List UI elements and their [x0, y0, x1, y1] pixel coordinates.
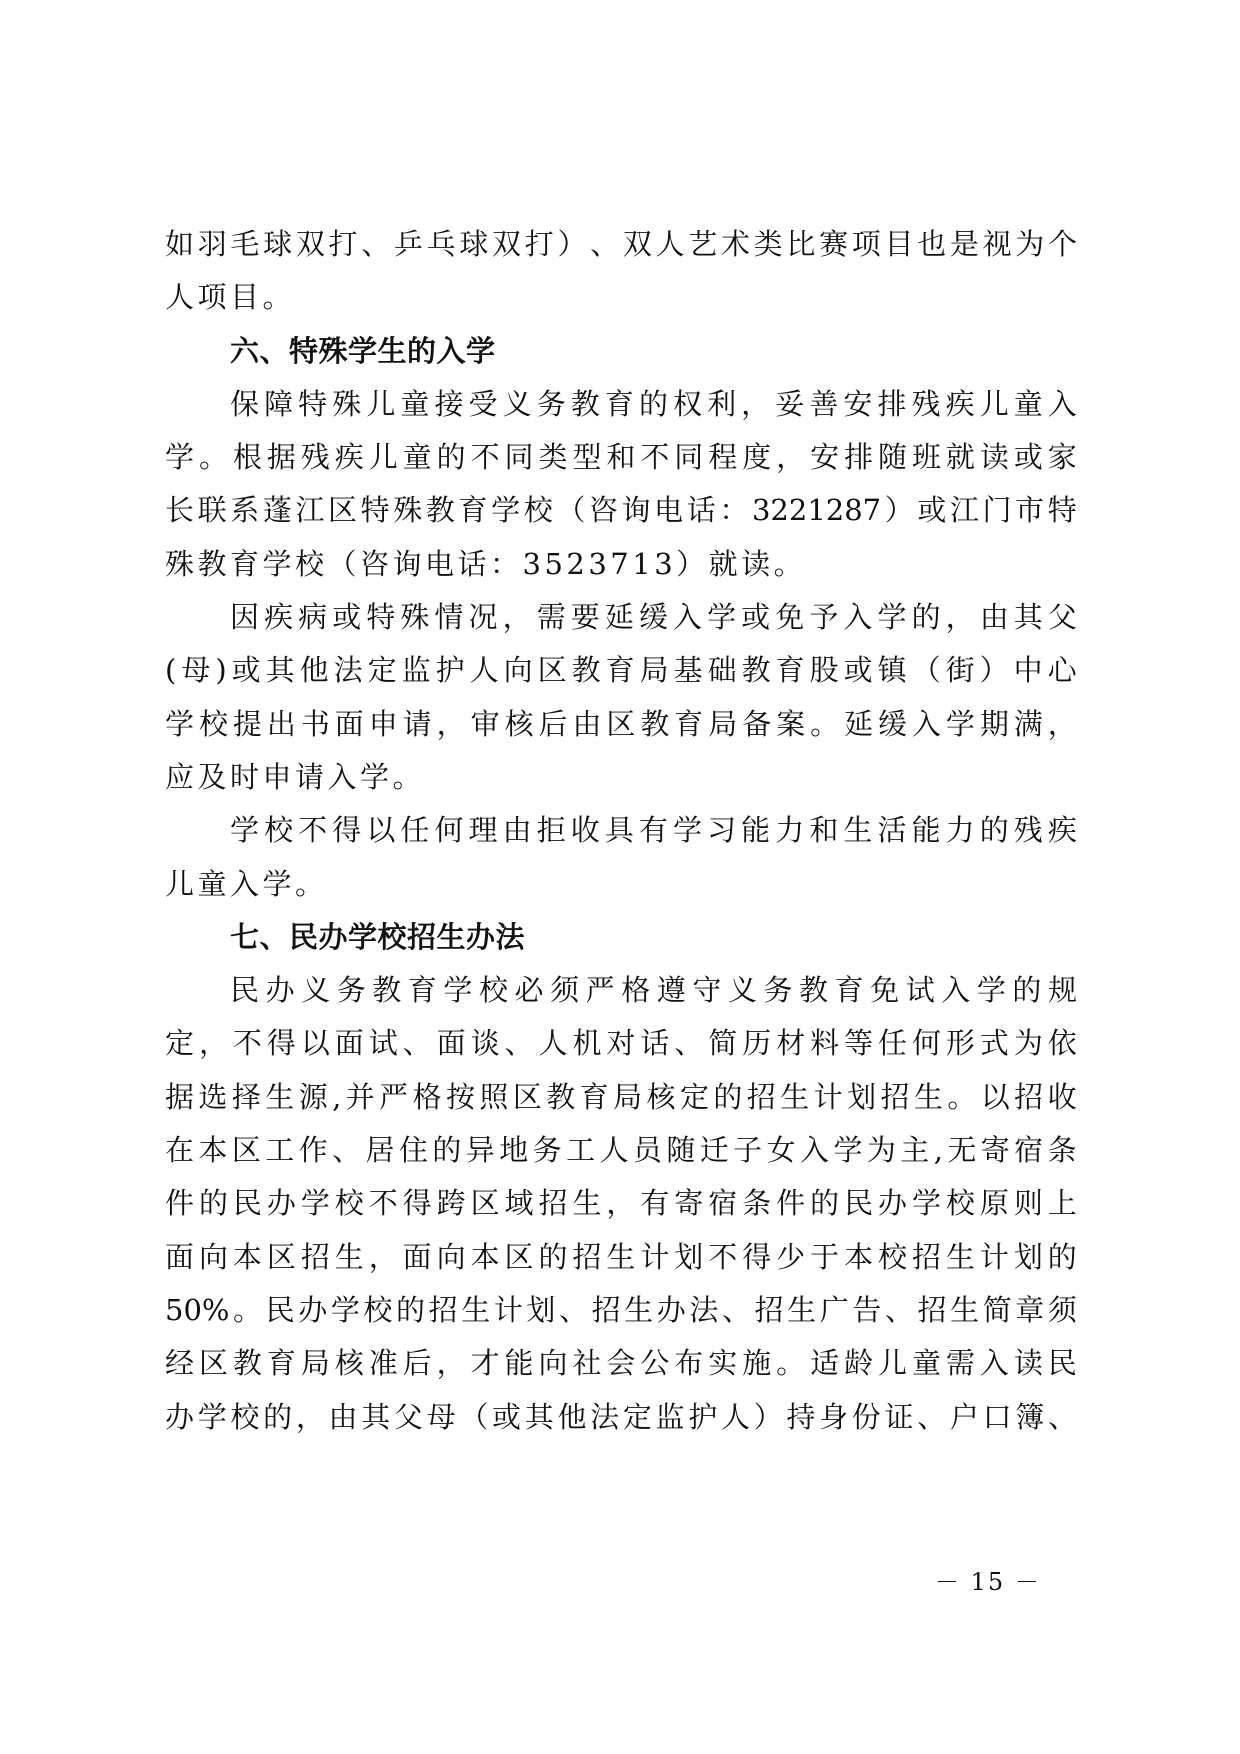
glyph: 何	[434, 804, 463, 857]
glyph: 也	[917, 218, 946, 271]
glyph: 安	[810, 431, 839, 484]
glyph: 依	[1048, 1017, 1077, 1070]
paragraph-line: 如羽毛球双打、乒乓球双打）、双人艺术类比赛项目也是视为个	[165, 218, 1077, 271]
glyph: 和	[809, 804, 838, 857]
glyph: )	[215, 644, 226, 697]
glyph: 长	[165, 484, 194, 537]
glyph: ，	[1048, 698, 1077, 751]
glyph: 区	[606, 698, 635, 751]
glyph: 、	[361, 218, 390, 271]
glyph: 得	[742, 1231, 771, 1284]
paragraph-line: 人项目。	[165, 271, 1077, 324]
glyph: 殊	[400, 591, 429, 644]
glyph: 学	[877, 591, 906, 644]
glyph: 务	[537, 378, 566, 431]
glyph: 计	[640, 1231, 669, 1284]
glyph: 招	[918, 1284, 947, 1337]
glyph: 育	[408, 964, 437, 1017]
glyph: 核	[647, 1071, 676, 1124]
glyph: 向	[199, 1231, 228, 1284]
paragraph-line: 面向本区招生，面向本区的招生计划不得少于本校招生计划的	[165, 1231, 1077, 1284]
glyph: 母	[427, 1391, 456, 1444]
glyph: 育	[835, 964, 864, 1017]
glyph: 学	[443, 964, 472, 1017]
glyph: 以	[301, 1017, 330, 1070]
glyph: 区	[538, 644, 567, 697]
glyph: 特	[366, 591, 395, 644]
glyph: 、	[332, 1124, 361, 1177]
glyph: 定	[623, 1391, 652, 1444]
glyph: 校	[479, 964, 508, 1017]
glyph: 跨	[437, 1177, 466, 1230]
glyph: 作	[299, 1124, 328, 1177]
glyph: 教	[742, 644, 771, 697]
glyph: 民	[233, 1177, 262, 1230]
glyph: 户	[950, 1391, 979, 1444]
glyph: 学	[198, 1391, 227, 1444]
glyph: 教	[640, 698, 669, 751]
glyph: 主	[900, 1124, 929, 1177]
glyph: 教	[571, 378, 600, 431]
glyph: 基	[674, 644, 703, 697]
glyph: 就	[946, 431, 975, 484]
glyph: 教	[372, 964, 401, 1017]
glyph: 并	[346, 1071, 375, 1124]
glyph: 学	[301, 1177, 330, 1230]
glyph: 簿	[1015, 1391, 1044, 1444]
glyph: 础	[708, 644, 737, 697]
glyph: 入	[941, 964, 970, 1017]
glyph: 后	[538, 698, 567, 751]
glyph: 监	[402, 644, 431, 697]
glyph: 学	[912, 1177, 941, 1230]
glyph: 双	[296, 218, 325, 271]
glyph: 面	[437, 1017, 466, 1070]
glyph: 入	[800, 1124, 829, 1177]
glyph: 读	[980, 431, 1009, 484]
glyph: 话	[640, 1017, 669, 1070]
glyph: 儿	[878, 1337, 907, 1390]
glyph: 区	[471, 1177, 500, 1230]
glyph: 能	[505, 1337, 534, 1390]
glyph: 、	[674, 1017, 703, 1070]
glyph: 工	[265, 1124, 294, 1177]
glyph: 如	[165, 218, 194, 271]
glyph: 护	[688, 1391, 717, 1444]
glyph: 法	[334, 644, 363, 697]
glyph: 童	[912, 1337, 941, 1390]
glyph: 力	[946, 804, 975, 857]
glyph: 社	[572, 1337, 601, 1390]
glyph: 招	[429, 1284, 458, 1337]
glyph: 育	[776, 644, 805, 697]
glyph: ，	[437, 698, 466, 751]
glyph: 员	[633, 1124, 662, 1177]
glyph: 简	[708, 1017, 737, 1070]
glyph: 蓬	[263, 484, 292, 537]
glyph: 不	[640, 431, 669, 484]
glyph: 条	[1048, 1124, 1077, 1177]
glyph: 具	[605, 804, 634, 857]
glyph: 为	[1015, 218, 1044, 271]
glyph: 江	[295, 484, 324, 537]
glyph: 校	[264, 804, 293, 857]
glyph: 入	[673, 591, 702, 644]
glyph: 生	[606, 1231, 635, 1284]
glyph: 其	[525, 1391, 554, 1444]
glyph: 童	[1014, 378, 1043, 431]
glyph: 儿	[980, 378, 1009, 431]
glyph: 据	[165, 1071, 194, 1124]
glyph: 生	[914, 1071, 943, 1124]
glyph: 教	[572, 644, 601, 697]
glyph: 区	[505, 1231, 534, 1284]
glyph: 施	[742, 1337, 771, 1390]
glyph: 学	[673, 804, 702, 857]
glyph: 区	[513, 1071, 542, 1124]
glyph: 目	[884, 218, 913, 271]
glyph: 殊	[332, 378, 361, 431]
glyph: 核	[335, 1337, 364, 1390]
glyph: 其	[361, 1391, 390, 1444]
glyph: 区	[199, 1337, 228, 1390]
glyph: 域	[505, 1177, 534, 1230]
glyph: 区	[232, 1124, 261, 1177]
glyph: 得	[403, 1177, 432, 1230]
glyph: 严	[586, 964, 615, 1017]
glyph: 班	[912, 431, 941, 484]
glyph: 章	[1015, 1284, 1044, 1337]
glyph: 迁	[700, 1124, 729, 1177]
glyph: 由	[980, 591, 1009, 644]
glyph: 校	[524, 484, 553, 537]
glyph: 工	[566, 1124, 595, 1177]
glyph: 或	[332, 591, 361, 644]
glyph: 人	[599, 1124, 628, 1177]
glyph: 是	[950, 218, 979, 271]
glyph: 殊	[393, 484, 422, 537]
glyph: 的	[713, 1071, 742, 1124]
glyph: 生	[265, 1071, 294, 1124]
glyph: 义	[503, 378, 532, 431]
glyph: 生	[572, 1177, 601, 1230]
glyph: 艺	[688, 218, 717, 271]
glyph: 招	[880, 1071, 909, 1124]
glyph: 照	[479, 1071, 508, 1124]
glyph: 、	[722, 1284, 751, 1337]
glyph: 育	[605, 378, 634, 431]
glyph: 50%	[165, 1284, 229, 1337]
glyph: ,	[934, 1124, 943, 1177]
glyph: 格	[413, 1071, 442, 1124]
paragraph-line: 经区教育局核准后，才能向社会公布实施。适龄儿童需入读民	[165, 1337, 1077, 1390]
glyph: 或	[232, 644, 261, 697]
glyph: 学	[331, 1284, 360, 1337]
glyph: 视	[983, 218, 1012, 271]
glyph: ，	[296, 1391, 325, 1444]
glyph: 经	[165, 1337, 194, 1390]
glyph: 或	[917, 484, 946, 537]
glyph: 中	[1014, 644, 1043, 697]
glyph: 后	[403, 1337, 432, 1390]
glyph: 须	[550, 964, 579, 1017]
paragraph-line: 儿童入学。	[165, 858, 1077, 911]
glyph: 生	[950, 1284, 979, 1337]
glyph: 条	[742, 1177, 771, 1230]
glyph: 或	[741, 591, 770, 644]
glyph: 向	[504, 644, 533, 697]
glyph: 本	[198, 1124, 227, 1177]
glyph: 权	[673, 378, 702, 431]
glyph: 或	[492, 1391, 521, 1444]
glyph: 保	[230, 378, 259, 431]
glyph: ）	[557, 218, 586, 271]
glyph: 划	[847, 1071, 876, 1124]
glyph: ，	[776, 431, 805, 484]
glyph: 面	[335, 1017, 364, 1070]
glyph: 才	[471, 1337, 500, 1390]
glyph: 育	[458, 484, 487, 537]
glyph: 局	[708, 698, 737, 751]
glyph: 人	[538, 1017, 567, 1070]
paragraph-line: 保障特殊儿童接受义务教育的权利，妥善安排残疾儿童入	[165, 378, 1077, 431]
glyph: 学	[165, 698, 194, 751]
glyph: 不	[708, 1231, 737, 1284]
glyph: 招	[1014, 1071, 1043, 1124]
paragraph-line: 学。根据残疾儿童的不同类型和不同程度，安排随班就读或家	[165, 431, 1077, 484]
glyph: 义	[728, 964, 757, 1017]
glyph: 。	[810, 698, 839, 751]
glyph: 等	[844, 1017, 873, 1070]
glyph: 任	[400, 804, 429, 857]
glyph: 延	[844, 698, 873, 751]
glyph: 儿	[369, 431, 398, 484]
glyph: 他	[557, 1391, 586, 1444]
glyph: 校	[363, 1284, 392, 1337]
glyph: 办	[165, 1391, 194, 1444]
glyph: 区	[267, 1231, 296, 1284]
glyph: 询	[622, 484, 651, 537]
glyph: 障	[264, 378, 293, 431]
glyph: 定	[368, 644, 397, 697]
glyph: 的	[199, 1177, 228, 1230]
glyph: 计	[980, 1231, 1009, 1284]
glyph: 出	[267, 698, 296, 751]
glyph: 、	[1048, 1391, 1077, 1444]
glyph: 格	[621, 964, 650, 1017]
glyph: 乓	[427, 218, 456, 271]
glyph: 理	[469, 804, 498, 857]
glyph: 必	[515, 964, 544, 1017]
glyph: 入	[1048, 378, 1077, 431]
glyph: 的	[980, 804, 1009, 857]
glyph: 入	[912, 698, 941, 751]
paragraph-line: 50%。民办学校的招生计划、招生办法、招生广告、招生简章须	[165, 1284, 1077, 1337]
paragraph-line: 殊教育学校（咨询电话：3523713）就读。	[165, 538, 1077, 591]
glyph: 。	[199, 431, 228, 484]
glyph: 以	[981, 1071, 1010, 1124]
glyph: 由	[329, 1391, 358, 1444]
glyph: 务	[533, 1124, 562, 1177]
glyph: 由	[572, 698, 601, 751]
glyph: 申	[369, 698, 398, 751]
glyph: 缓	[878, 698, 907, 751]
glyph: 划	[526, 1284, 555, 1337]
glyph: 、	[559, 1284, 588, 1337]
glyph: 历	[742, 1017, 771, 1070]
glyph: 学	[165, 431, 194, 484]
glyph: 能	[912, 804, 941, 857]
glyph: 的	[437, 431, 466, 484]
glyph: 项	[852, 218, 881, 271]
glyph: 广	[820, 1284, 849, 1337]
glyph: 型	[572, 431, 601, 484]
glyph: ）	[885, 484, 914, 537]
glyph: 个	[1048, 218, 1077, 271]
glyph: 系	[230, 484, 259, 537]
glyph: 局	[613, 1071, 642, 1124]
glyph: 羽	[198, 218, 227, 271]
glyph: 疾	[335, 431, 364, 484]
glyph: 向	[538, 1337, 567, 1390]
glyph: 善	[809, 378, 838, 431]
glyph: 街	[946, 644, 975, 697]
glyph: 持	[786, 1391, 815, 1444]
glyph: 需	[537, 591, 566, 644]
glyph: 随	[666, 1124, 695, 1177]
glyph: 况	[469, 591, 498, 644]
glyph: 利	[707, 378, 736, 431]
glyph: 生	[780, 1071, 809, 1124]
glyph: 面	[335, 698, 364, 751]
glyph: 习	[707, 804, 736, 857]
glyph: ：	[719, 484, 748, 537]
glyph: 宿	[1014, 1124, 1043, 1177]
glyph: 形	[946, 1017, 975, 1070]
glyph: 生	[946, 1231, 975, 1284]
glyph: 因	[230, 591, 259, 644]
glyph: 地	[499, 1124, 528, 1177]
glyph: 备	[742, 698, 771, 751]
glyph: (	[165, 644, 176, 697]
glyph: 打	[329, 218, 358, 271]
glyph: 义	[301, 964, 330, 1017]
glyph: 校	[199, 698, 228, 751]
glyph: 区	[328, 484, 357, 537]
glyph: 异	[466, 1124, 495, 1177]
glyph: 招	[747, 1071, 776, 1124]
glyph: 的	[263, 1391, 292, 1444]
glyph: ,	[332, 1071, 341, 1124]
glyph: 请	[403, 698, 432, 751]
glyph: 料	[810, 1017, 839, 1070]
glyph: 疾	[264, 591, 293, 644]
glyph: 根	[233, 431, 262, 484]
glyph: 核	[505, 698, 534, 751]
section-heading: 六、特殊学生的入学	[165, 325, 1077, 378]
glyph: 力	[775, 804, 804, 857]
glyph: 入	[843, 591, 872, 644]
glyph: 的	[538, 1231, 567, 1284]
glyph: 的	[912, 591, 941, 644]
glyph: 提	[233, 698, 262, 751]
glyph: 不	[471, 431, 500, 484]
glyph: 教	[546, 1071, 575, 1124]
glyph: 或	[844, 644, 873, 697]
glyph: 话	[687, 484, 716, 537]
glyph: 试	[906, 964, 935, 1017]
glyph: 则	[1014, 1177, 1043, 1230]
document-body: 如羽毛球双打、乒乓球双打）、双人艺术类比赛项目也是视为个 人项目。 六、特殊学生…	[165, 218, 1077, 1444]
glyph: 术	[721, 218, 750, 271]
glyph: 和	[606, 431, 635, 484]
glyph: 家	[1048, 431, 1077, 484]
glyph: 母	[181, 644, 210, 697]
glyph: 法	[689, 1284, 718, 1337]
glyph: 童	[403, 431, 432, 484]
section-heading: 七、民办学校招生办法	[165, 911, 1077, 964]
glyph: 不	[298, 804, 327, 857]
glyph: ，	[606, 1177, 635, 1230]
glyph: 、	[917, 1391, 946, 1444]
glyph: 特	[298, 378, 327, 431]
glyph: 毛	[230, 218, 259, 271]
glyph: 局	[301, 1337, 330, 1390]
glyph: 童	[400, 378, 429, 431]
glyph: 读	[1014, 1337, 1043, 1390]
glyph: 校	[946, 1177, 975, 1230]
glyph: 民	[1048, 1337, 1077, 1390]
glyph: 民	[230, 964, 259, 1017]
glyph: 面	[165, 1231, 194, 1284]
glyph: 谈	[471, 1017, 500, 1070]
glyph: 生	[624, 1284, 653, 1337]
glyph: 布	[674, 1337, 703, 1390]
glyph: 3221287	[752, 484, 881, 537]
page-number: － 15 －	[935, 1562, 1041, 1597]
glyph: 学	[491, 484, 520, 537]
glyph: 程	[708, 431, 737, 484]
glyph: 生	[335, 1231, 364, 1284]
glyph: 招	[301, 1231, 330, 1284]
glyph: ，	[199, 1017, 228, 1070]
glyph: ，	[946, 591, 975, 644]
glyph: 原	[980, 1177, 1009, 1230]
glyph: 育	[674, 698, 703, 751]
glyph: 规	[1048, 964, 1077, 1017]
document-page: 如羽毛球双打、乒乓球双打）、双人艺术类比赛项目也是视为个 人项目。 六、特殊学生…	[0, 0, 1240, 1754]
glyph: 宿	[708, 1177, 737, 1230]
glyph: 比	[786, 218, 815, 271]
glyph: 情	[434, 591, 463, 644]
glyph: 双	[623, 218, 652, 271]
glyph: 咨	[589, 484, 618, 537]
glyph: 江	[950, 484, 979, 537]
glyph: 学	[946, 698, 975, 751]
paragraph-line: 据选择生源,并严格按照区教育局核定的招生计划招生。以招收	[165, 1071, 1077, 1124]
glyph: 适	[810, 1337, 839, 1390]
glyph: 本	[471, 1231, 500, 1284]
glyph: 、	[590, 218, 619, 271]
glyph: 审	[471, 698, 500, 751]
glyph: ）	[754, 1391, 783, 1444]
glyph: 心	[1048, 644, 1077, 697]
glyph: 人	[470, 644, 499, 697]
glyph: 划	[1014, 1231, 1043, 1284]
glyph: 试	[369, 1017, 398, 1070]
glyph: 遵	[657, 964, 686, 1017]
glyph: 得	[267, 1017, 296, 1070]
